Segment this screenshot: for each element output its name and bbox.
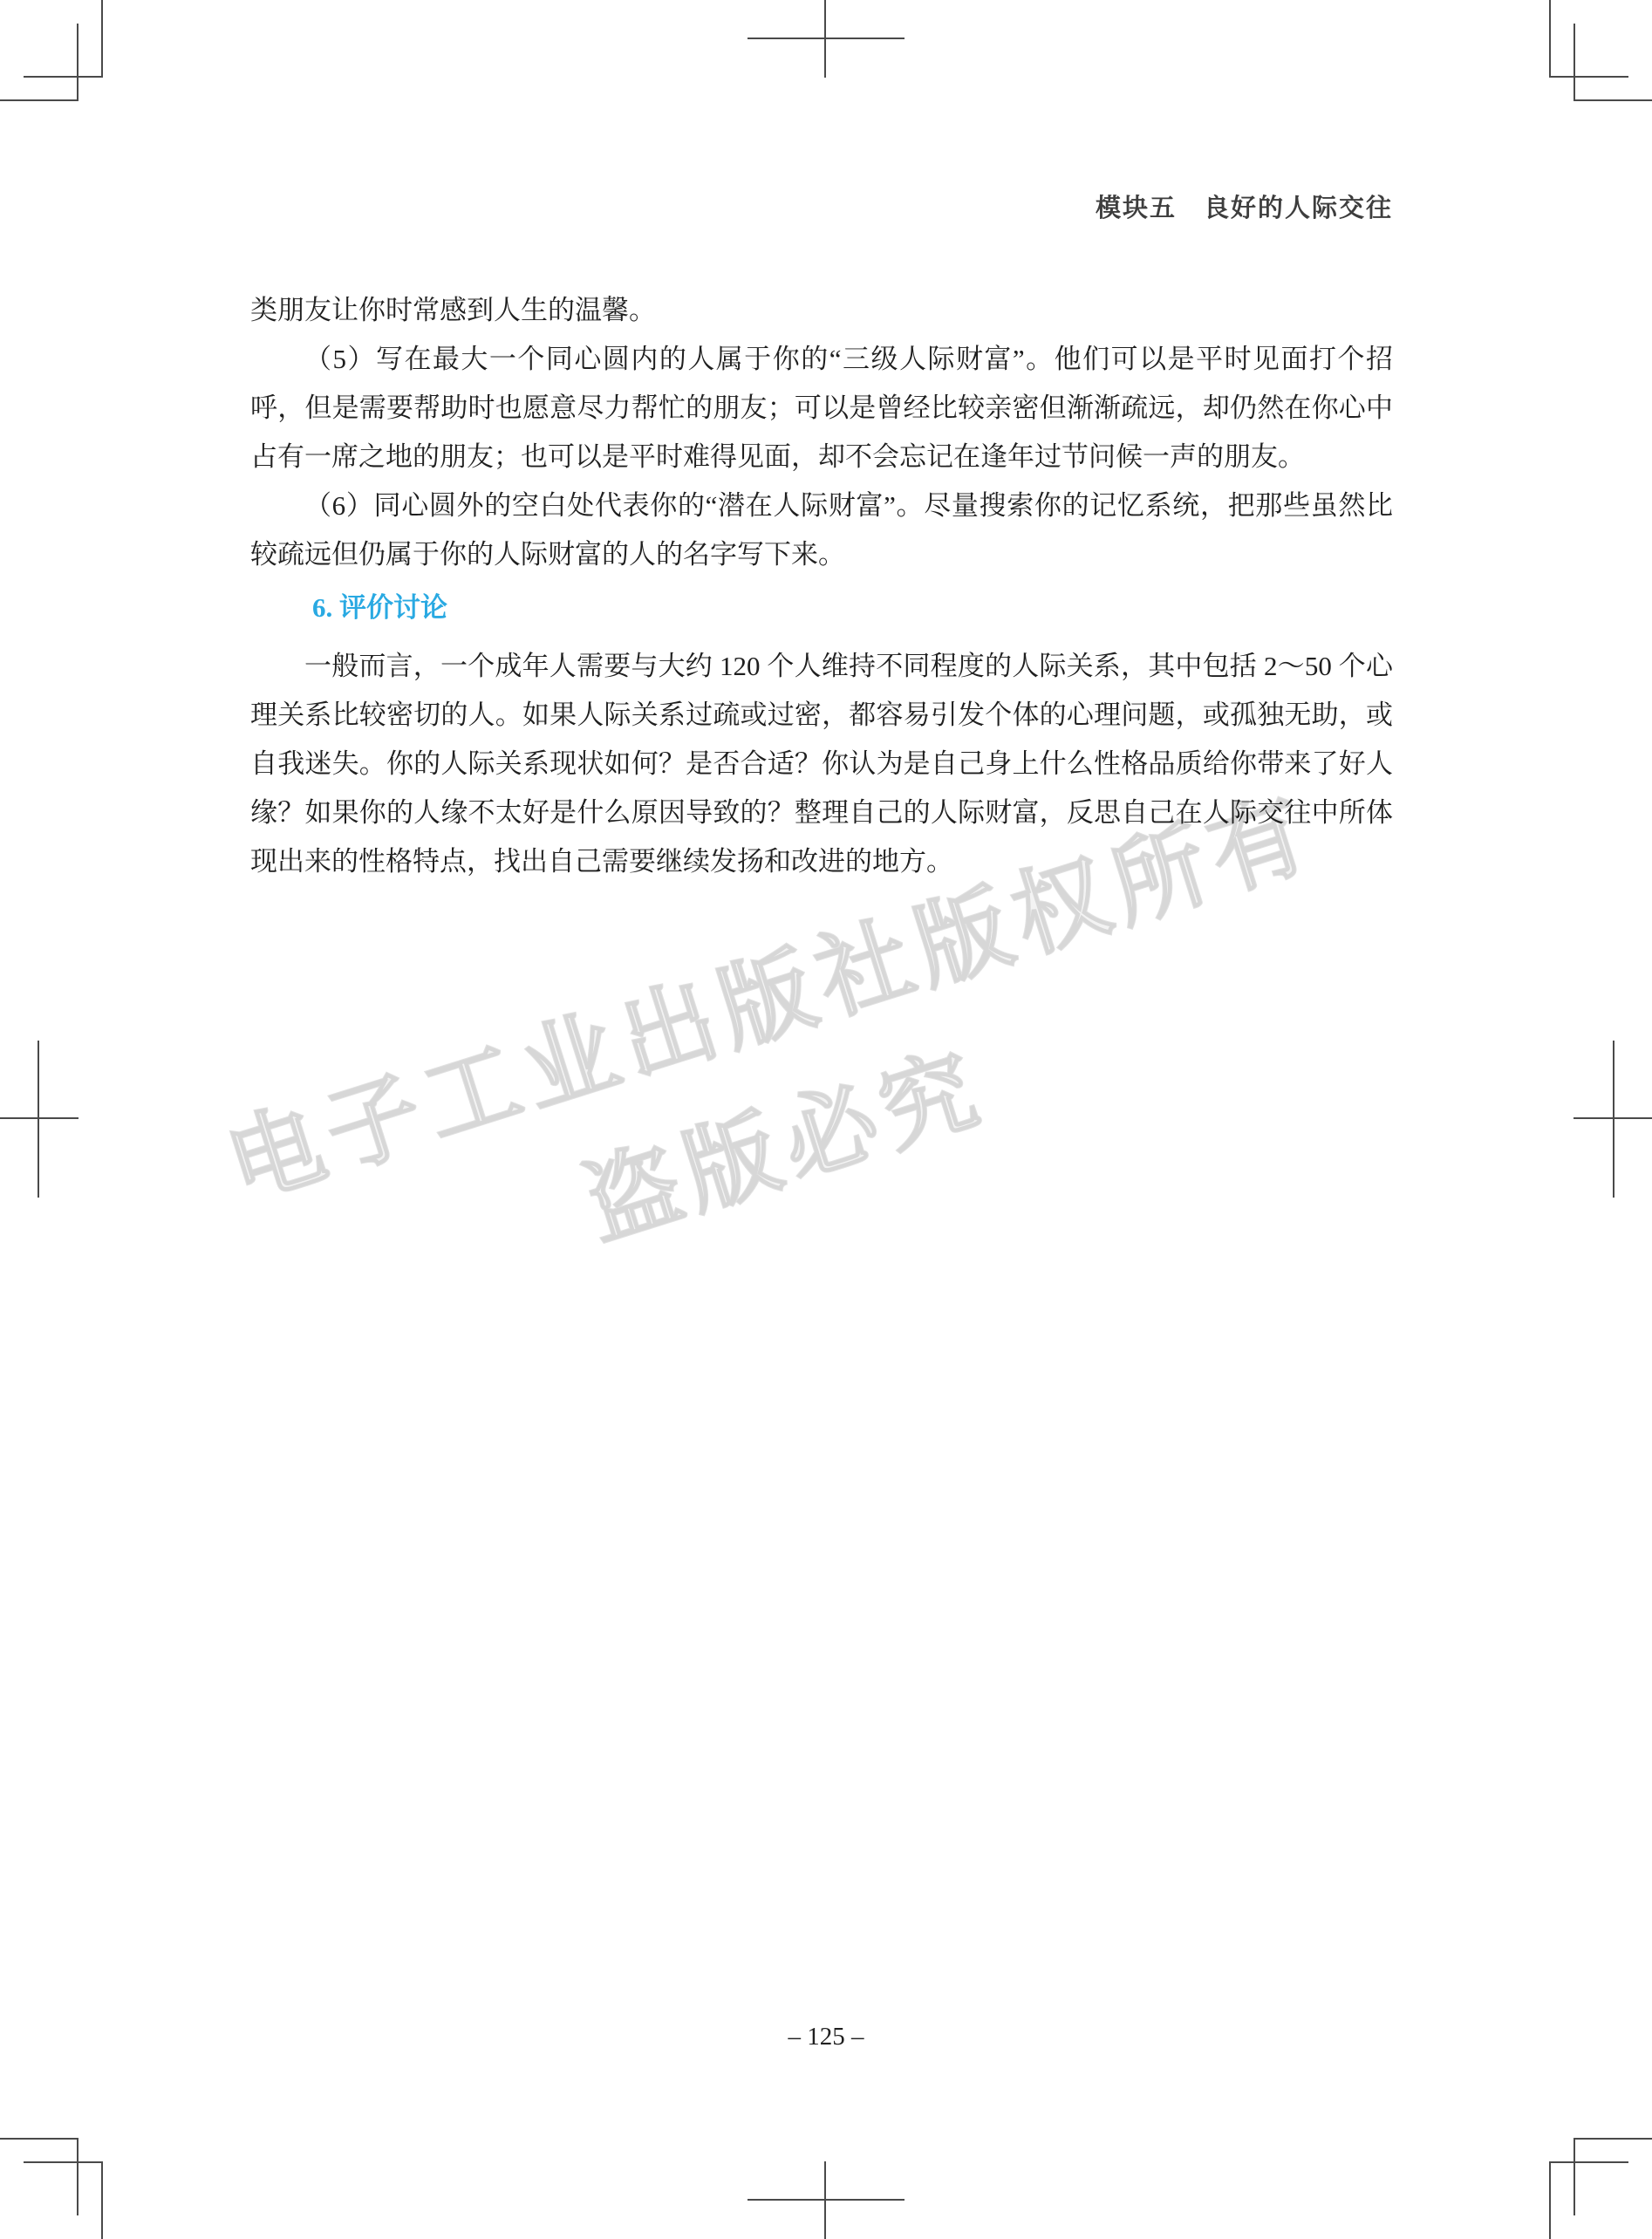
crop-line xyxy=(77,24,79,101)
crop-line xyxy=(1550,76,1628,78)
crop-line xyxy=(1550,2161,1628,2163)
crop-line xyxy=(1549,0,1551,78)
crop-line xyxy=(0,1117,79,1119)
crop-line xyxy=(1573,99,1652,101)
paragraph-item-6: （6）同心圆外的空白处代表你的“潜在人际财富”。尽量搜索你的记忆系统，把那些虽然… xyxy=(250,481,1393,579)
crop-line xyxy=(101,0,103,78)
crop-line xyxy=(24,2161,102,2163)
paragraph-discussion: 一般而言，一个成年人需要与大约 120 个人维持不同程度的人际关系，其中包括 2… xyxy=(250,642,1393,886)
book-page: 电子工业出版社版权所有 盗版必究 模块五 良好的人际交往 类朋友让你时常感到人生… xyxy=(0,0,1652,2239)
crop-line xyxy=(1549,2161,1551,2239)
page-body-text: 类朋友让你时常感到人生的温馨。 （5）写在最大一个同心圆内的人属于你的“三级人际… xyxy=(250,286,1393,886)
crop-line xyxy=(1573,2138,1575,2215)
crop-line xyxy=(1573,1117,1652,1119)
crop-line xyxy=(747,38,905,39)
crop-line xyxy=(1573,2138,1652,2140)
section-heading-evaluation-discussion: 6. 评价讨论 xyxy=(312,584,1393,632)
crop-line xyxy=(747,2199,905,2201)
paragraph-continued: 类朋友让你时常感到人生的温馨。 xyxy=(250,286,1393,335)
paragraph-item-5: （5）写在最大一个同心圆内的人属于你的“三级人际财富”。他们可以是平时见面打个招… xyxy=(250,335,1393,481)
crop-line xyxy=(0,99,79,101)
crop-line xyxy=(38,1041,39,1198)
crop-line xyxy=(24,76,102,78)
crop-line xyxy=(101,2161,103,2239)
crop-line xyxy=(1573,24,1575,101)
crop-line xyxy=(77,2138,79,2215)
crop-line xyxy=(0,2138,79,2140)
page-number: – 125 – xyxy=(0,2022,1652,2051)
running-head-module-title: 模块五 良好的人际交往 xyxy=(0,193,1393,224)
crop-line xyxy=(1613,1041,1614,1198)
